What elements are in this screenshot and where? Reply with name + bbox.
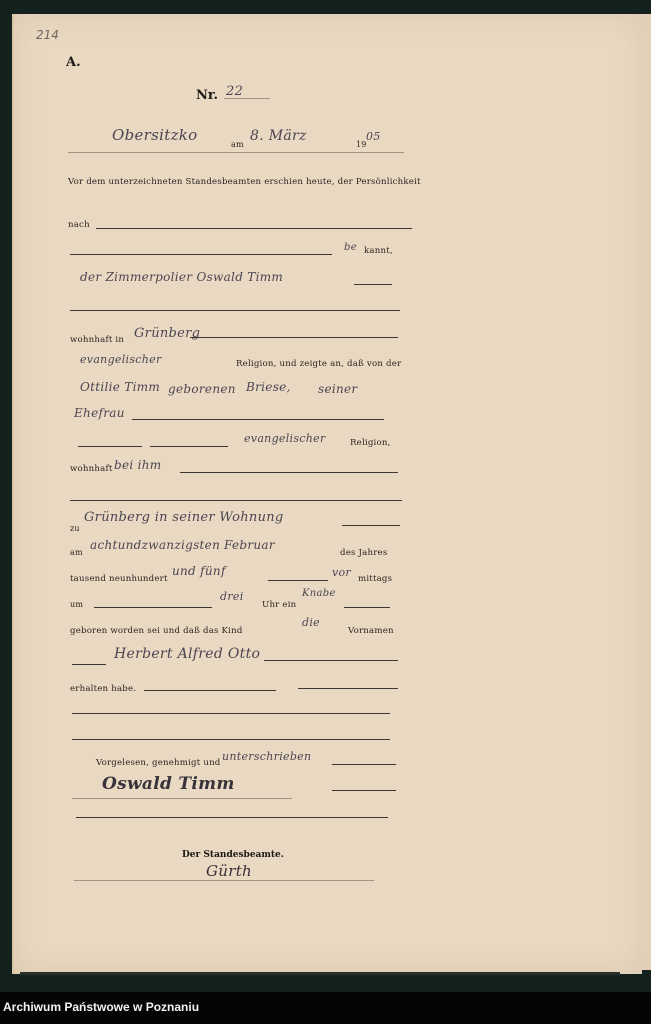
- geboren-text: geboren worden sei und daß das Kind: [70, 626, 243, 636]
- kannt-label: kannt,: [364, 246, 393, 256]
- informant-residence: Grünberg: [134, 326, 200, 341]
- blank-line: [132, 419, 384, 420]
- place-of-registry: Obersitzko: [112, 126, 198, 144]
- blank-line: [72, 664, 106, 665]
- unterschrieben-hand: unterschrieben: [222, 750, 311, 763]
- birth-month: Februar: [224, 538, 275, 552]
- page-bottom-edge: [20, 972, 620, 975]
- blank-line: [298, 688, 398, 689]
- blank-line: [96, 228, 412, 229]
- register-page: 214 A. Nr. 22 Obersitzko am 8. März 19 0…: [12, 14, 642, 974]
- blank-line: [180, 472, 398, 473]
- nr-label: Nr.: [196, 88, 218, 103]
- blank-line: [190, 337, 398, 338]
- mother-maiden-name: Briese,: [246, 380, 291, 394]
- informant-religion: evangelischer: [80, 353, 162, 366]
- blank-line: [342, 525, 400, 526]
- um-label: um: [70, 600, 83, 609]
- blank-line: [332, 764, 396, 765]
- ante-post-meridiem: vor: [332, 566, 351, 579]
- blank-line: [150, 446, 228, 447]
- blank-line: [268, 580, 328, 581]
- birth-year: und fünf: [172, 564, 226, 578]
- date-underline: [68, 152, 404, 153]
- mother-religion: evangelischer: [244, 432, 326, 445]
- am-label: am: [70, 548, 83, 557]
- informant-name: der Zimmerpolier Oswald Timm: [80, 270, 283, 284]
- des-jahres-label: des Jahres: [340, 548, 387, 558]
- intro-text: Vor dem unterzeichneten Standesbeamten e…: [68, 177, 421, 187]
- birth-hour: drei: [220, 590, 244, 603]
- kannt-hand: be: [344, 242, 357, 253]
- blank-line: [72, 713, 390, 714]
- uhr-ein-label: Uhr ein: [262, 600, 296, 610]
- archive-name: Archiwum Państwowe w Poznaniu: [3, 1000, 199, 1014]
- registrar-baseline: [74, 880, 374, 881]
- mother-residence: bei ihm: [114, 458, 161, 472]
- blank-line: [70, 254, 332, 255]
- form-letter: A.: [66, 55, 81, 70]
- blank-line: [264, 660, 398, 661]
- registrar-label: Der Standesbeamte.: [182, 850, 284, 860]
- registration-date: 8. März: [250, 128, 307, 144]
- residence-label: wohnhaft in: [70, 335, 124, 345]
- nach-label: nach: [68, 220, 90, 230]
- vornamen-label: Vornamen: [348, 626, 394, 636]
- erhalten-label: erhalten habe.: [70, 684, 136, 694]
- blank-line: [78, 446, 142, 447]
- child-given-names: Herbert Alfred Otto: [114, 646, 260, 662]
- blank-line: [76, 817, 388, 818]
- mother-seiner: seiner: [318, 382, 357, 396]
- registrar-signature: Gürth: [206, 862, 252, 880]
- religion-label-2: Religion,: [350, 438, 391, 448]
- blank-line: [332, 790, 396, 791]
- pencil-page-number: 214: [36, 28, 59, 42]
- mother-geborene: geborenen: [168, 382, 236, 396]
- blank-line: [94, 607, 212, 608]
- date-prefix: am: [231, 140, 244, 149]
- blank-line: [344, 607, 390, 608]
- residence-label-2: wohnhaft: [70, 464, 113, 474]
- birthplace: Grünberg in seiner Wohnung: [84, 510, 284, 525]
- blank-line: [70, 500, 402, 501]
- mother-name: Ottilie Timm: [80, 380, 160, 394]
- tausend-label: tausend neunhundert: [70, 574, 168, 584]
- mittags-label: mittags: [358, 574, 392, 584]
- informant-signature: Oswald Timm: [102, 774, 235, 794]
- signature-baseline: [72, 798, 292, 799]
- blank-line: [354, 284, 392, 285]
- year-prefix: 19: [356, 140, 367, 149]
- year-suffix: 05: [366, 130, 381, 143]
- child-sex: Knabe: [302, 588, 336, 599]
- blank-line: [72, 739, 390, 740]
- blank-line: [144, 690, 276, 691]
- blank-line: [70, 310, 400, 311]
- religion-text: Religion, und zeigte an, daß von der: [236, 359, 401, 369]
- zu-label: zu: [70, 524, 80, 533]
- record-number: 22: [226, 84, 243, 99]
- nr-underline: [224, 98, 270, 99]
- vorgelesen-text: Vorgelesen, genehmigt und: [96, 758, 221, 768]
- mother-ehefrau: Ehefrau: [74, 406, 125, 420]
- archive-footer: Archiwum Państwowe w Poznaniu: [0, 992, 651, 1024]
- birth-day: achtundzwanzigsten: [90, 538, 220, 552]
- article: die: [302, 616, 320, 629]
